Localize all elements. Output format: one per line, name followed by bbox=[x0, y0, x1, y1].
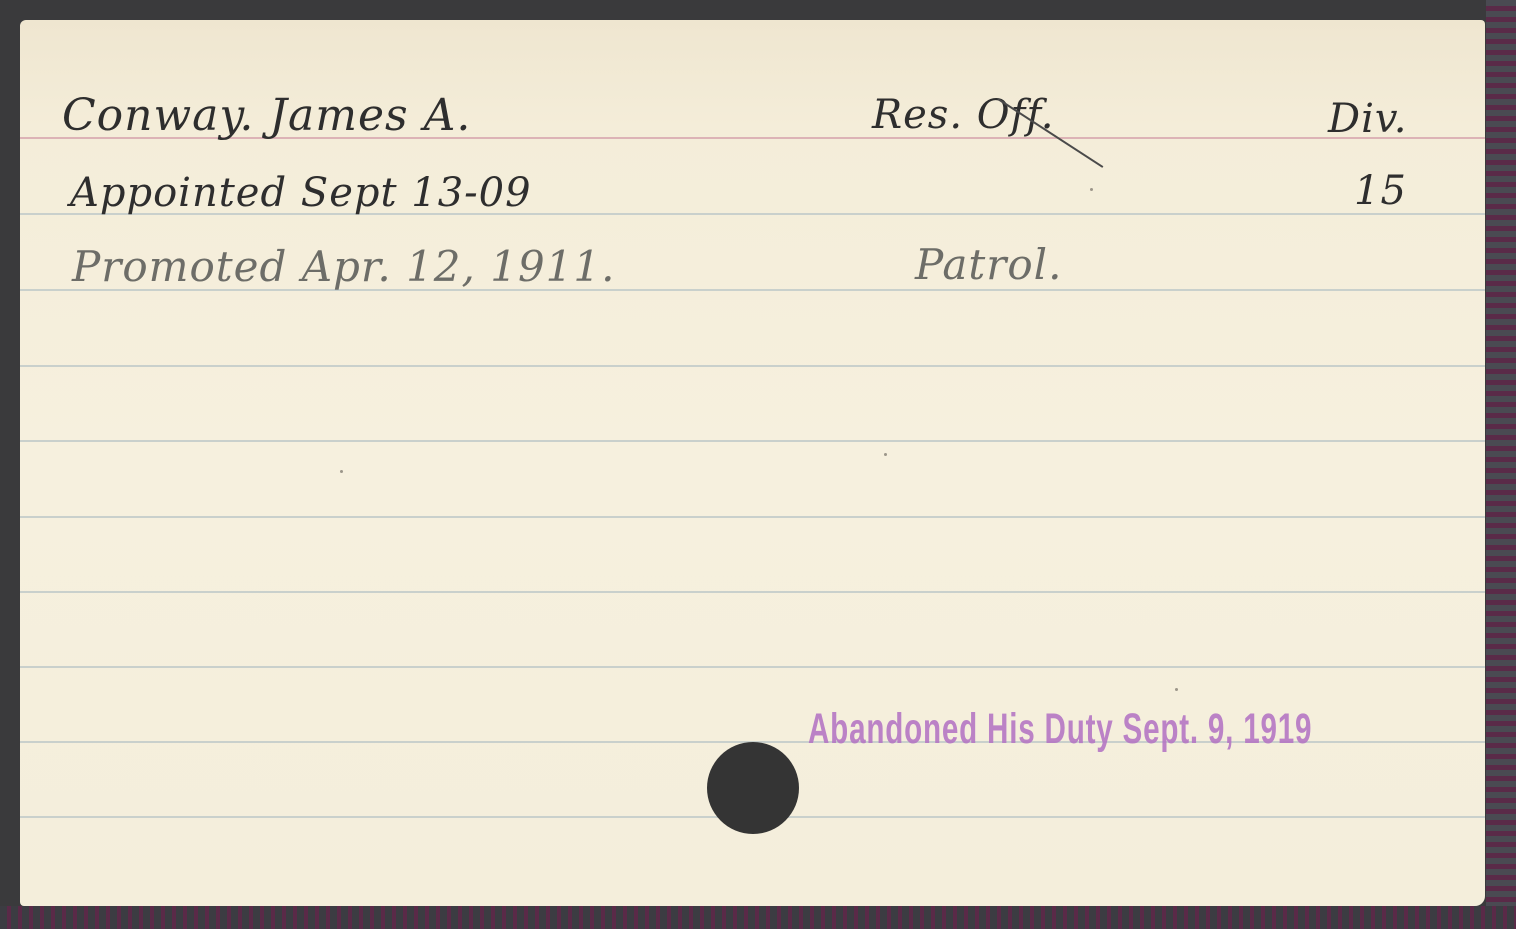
appointed-date: Appointed Sept 13-09 bbox=[70, 170, 532, 216]
officer-name: Conway. James A. bbox=[62, 90, 471, 141]
ruled-line bbox=[20, 666, 1485, 668]
promoted-date: Promoted Apr. 12, 1911. bbox=[72, 242, 615, 291]
background-strip-right bbox=[1486, 0, 1516, 929]
abandoned-duty-stamp: Abandoned His Duty Sept. 9, 1919 bbox=[808, 706, 1312, 754]
ruled-line bbox=[20, 365, 1485, 367]
rank-field: Res. Off. bbox=[872, 92, 1054, 138]
division-label: Div. bbox=[1328, 96, 1407, 142]
paper-speck bbox=[884, 453, 887, 456]
paper-speck bbox=[1175, 688, 1178, 691]
division-number: 15 bbox=[1354, 168, 1407, 214]
promoted-to-patrol: Patrol. bbox=[915, 240, 1062, 289]
ruled-line bbox=[20, 440, 1485, 442]
punched-hole bbox=[707, 742, 799, 834]
ruled-line bbox=[20, 591, 1485, 593]
ruled-line bbox=[20, 516, 1485, 518]
index-card: Conway. James A. Res. Off. Div. Appointe… bbox=[20, 20, 1485, 906]
paper-speck bbox=[1090, 188, 1093, 191]
background-strip-bottom bbox=[0, 906, 1516, 929]
paper-speck bbox=[340, 470, 343, 473]
